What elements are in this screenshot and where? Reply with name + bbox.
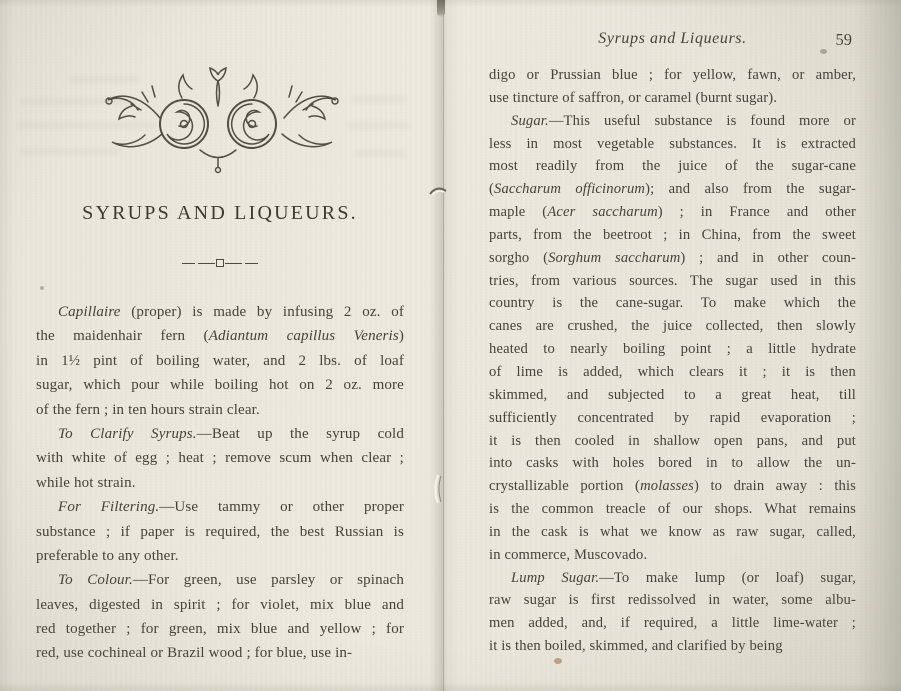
divider-line [245, 263, 258, 264]
text-line: tries, from various sources. The sugar u… [489, 270, 856, 293]
text-line: sugar, which pour while boiling hot on 2… [36, 373, 404, 397]
left-page-text: Capillaire (proper) is made by infusing … [36, 300, 404, 666]
running-header-title: Syrups and Liqueurs. [489, 30, 856, 48]
text-line: Lump Sugar.—To make lump (or loaf) sugar… [489, 567, 856, 590]
text-line: men added, and, if required, a little li… [489, 612, 856, 635]
spine-gap [437, 0, 445, 17]
text-line: it is then cooled in shallow open pans, … [489, 430, 856, 453]
headpiece-engraving-icon [102, 60, 342, 176]
binding-stitch [430, 474, 448, 504]
divider-line [225, 263, 242, 264]
text-line: Sugar.—This useful substance is found mo… [489, 110, 856, 133]
text-line: with white of egg ; heat ; remove scum w… [36, 446, 404, 470]
text-line: red together ; for green, mix blue and y… [36, 617, 404, 641]
text-line: use tincture of saffron, or caramel (bur… [489, 87, 856, 110]
text-line: canes are crushed, the juice collected, … [489, 315, 856, 338]
paper-speck [820, 49, 827, 54]
text-line: Capillaire (proper) is made by infusing … [36, 300, 404, 324]
floral-headpiece-ornament [102, 60, 342, 176]
text-line: sufficiently concentrated by rapid evapo… [489, 407, 856, 430]
section-divider-ornament [36, 259, 404, 267]
divider-line [182, 263, 195, 264]
text-line: in commerce, Muscovado. [489, 544, 856, 567]
text-line: For Filtering.—Use tammy or other proper [36, 495, 404, 519]
show-through-mark [352, 96, 407, 103]
divider-line [198, 263, 215, 264]
text-line: most readily from the juice of the sugar… [489, 155, 856, 178]
text-line: it is then boiled, skimmed, and clarifie… [489, 635, 856, 658]
divider-square [216, 259, 224, 267]
text-line: less in most vegetable substances. It is… [489, 133, 856, 156]
book-gutter-shadow [430, 0, 458, 691]
text-line: crystallizable portion (molasses) to dra… [489, 475, 856, 498]
text-line: while hot strain. [36, 471, 404, 495]
right-page-text: digo or Prussian blue ; for yellow, fawn… [489, 64, 856, 658]
gutter-crease [443, 0, 444, 691]
paper-stain [554, 658, 562, 664]
show-through-mark [348, 122, 410, 129]
text-line: preferable to any other. [36, 544, 404, 568]
paper-speck [40, 286, 44, 290]
text-line: skimmed, and subjected to a great heat, … [489, 384, 856, 407]
text-line: of the fern ; in ten hours strain clear. [36, 398, 404, 422]
text-line: parts, from the beetroot ; in China, fro… [489, 224, 856, 247]
text-line: into casks with holes bored in to allow … [489, 452, 856, 475]
text-line: sorgho (Sorghum saccharum) ; and in othe… [489, 247, 856, 270]
text-line: leaves, digested in spirit ; for violet,… [36, 593, 404, 617]
page-edge-shading [855, 0, 901, 691]
text-line: country is the cane-sugar. To make which… [489, 292, 856, 315]
text-line: heated to nearly boiling point ; a littl… [489, 338, 856, 361]
text-line: To Colour.—For green, use parsley or spi… [36, 568, 404, 592]
text-line: raw sugar is first redissolved in water,… [489, 589, 856, 612]
text-line: substance ; if paper is required, the be… [36, 520, 404, 544]
text-line: red, use cochineal or Brazil wood ; for … [36, 641, 404, 665]
page-number: 59 [836, 30, 853, 50]
text-line: of lime is added, which clears it ; it i… [489, 361, 856, 384]
text-line: digo or Prussian blue ; for yellow, fawn… [489, 64, 856, 87]
book-spread-photo: SYRUPS AND LIQUEURS. Capillaire (proper)… [0, 0, 901, 691]
show-through-mark [356, 150, 406, 157]
text-line: is the common treacle of our shops. What… [489, 498, 856, 521]
text-line: maple (Acer saccharum) ; in France and o… [489, 201, 856, 224]
text-line: the maidenhair fern (Adiantum capillus V… [36, 324, 404, 348]
chapter-title: SYRUPS AND LIQUEURS. [36, 202, 404, 225]
page-edge-shading [0, 0, 14, 691]
text-line: (Saccharum officinorum); and also from t… [489, 178, 856, 201]
text-line: To Clarify Syrups.—Beat up the syrup col… [36, 422, 404, 446]
running-head: Syrups and Liqueurs. 59 [489, 30, 856, 52]
binding-stitch [428, 184, 448, 198]
text-line: in the cask is what we know as raw sugar… [489, 521, 856, 544]
text-line: in 1½ pint of boiling water, and 2 lbs. … [36, 349, 404, 373]
